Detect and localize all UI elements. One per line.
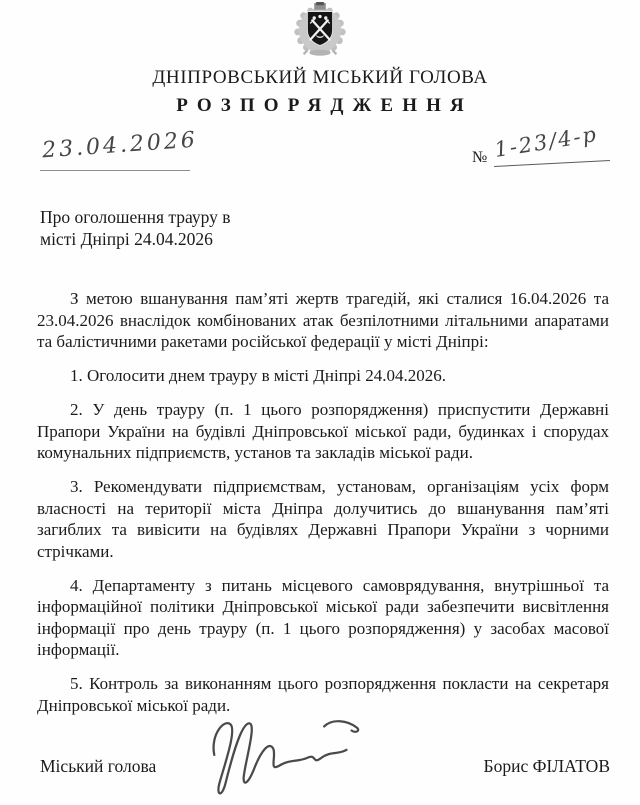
document-page: ДНІПРОВСЬКИЙ МІСЬКИЙ ГОЛОВА РОЗПОРЯДЖЕНН… [0,0,640,805]
document-body: З метою вшанування пам’яті жертв трагеді… [37,288,609,716]
order-item-5: 5. Контроль за виконанням цього розпоряд… [37,673,609,716]
signer-name: Борис ФІЛАТОВ [484,756,610,777]
date-underline [40,170,190,171]
order-item-3: 3. Рекомендувати підприємствам, установа… [37,476,609,562]
meta-row: 23.04.2026 № 1-23/4-р [0,117,640,179]
document-subject: Про оголошення трауру в місті Дніпрі 24.… [40,207,640,250]
number-underline [494,160,610,167]
order-item-1: 1. Оголосити днем трауру в місті Дніпрі … [37,365,609,387]
subject-line-2: місті Дніпрі 24.04.2026 [40,229,640,251]
document-header: ДНІПРОВСЬКИЙ МІСЬКИЙ ГОЛОВА РОЗПОРЯДЖЕНН… [0,0,640,117]
intro-paragraph: З метою вшанування пам’яті жертв трагеді… [37,288,609,353]
subject-line-1: Про оголошення трауру в [40,207,640,229]
dnipro-coat-of-arms-icon [287,2,353,58]
order-item-4: 4. Департаменту з питань місцевого самов… [37,575,609,661]
signer-position-title: Міський голова [40,756,156,777]
order-item-2: 2. У день трауру (п. 1 цього розпоряджен… [37,399,609,464]
handwritten-number: 1-23/4-р [493,122,600,162]
handwritten-signature-icon [198,712,376,804]
handwritten-date: 23.04.2026 [41,128,198,164]
organization-name: ДНІПРОВСЬКИЙ МІСЬКИЙ ГОЛОВА [0,67,640,89]
number-field: № 1-23/4-р [472,133,610,173]
number-sign-label: № [472,149,487,167]
document-type-title: РОЗПОРЯДЖЕННЯ [9,95,640,117]
date-field: 23.04.2026 [40,133,190,173]
